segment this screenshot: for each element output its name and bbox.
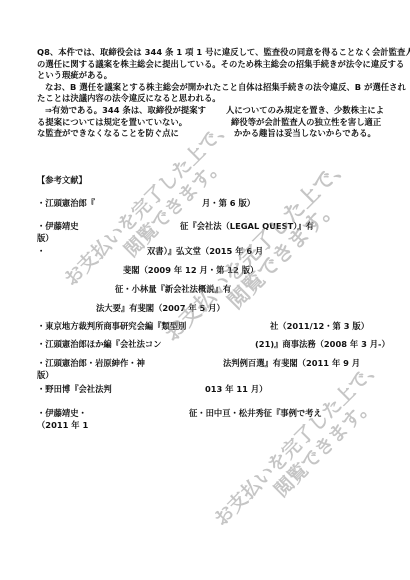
watermark-line: 閲覧できます。 <box>76 130 253 307</box>
reference-text: ・江頭憲治郎ほか編『会社法コン <box>37 339 161 350</box>
reference-text: 征『会社法（LEGAL QUEST）』有 <box>180 221 314 232</box>
text-segment: る提案については規定を置いていない。 <box>37 117 187 129</box>
reference-continuation: 版） <box>37 369 54 381</box>
answer-paragraph-3: ⇒有効である。344 条は、取締役が提案す 人についてのみ規定を置き、少数株主に… <box>37 105 373 140</box>
text-segment: かかる趣旨は妥当しないからである。 <box>234 128 376 140</box>
text-line: る提案については規定を置いていない。 締役等が会計監査人の独立性を害し適正 <box>37 117 373 129</box>
reference-item: ・ 双書）』弘文堂（2015 年 6 月 <box>37 246 377 257</box>
reference-continuation: （2011 年 1 <box>37 419 88 431</box>
watermark-line: お支払いを完了した上で、 <box>210 354 387 531</box>
reference-text: ・伊藤靖史・ <box>37 408 87 419</box>
text-segment: 人についてのみ規定を置き、少数株主によ <box>226 105 384 117</box>
reference-item: ・江頭憲治郎ほか編『会社法コン (21)』商事法務（2008 年 3 月-） <box>37 339 377 350</box>
answer-paragraph-1: Q8、本件では、取締役会は 344 条 1 項 1 号に違反して、監査役の同意を… <box>37 47 373 82</box>
reference-text: 征・小林量『新会社法概説』有 <box>115 284 231 295</box>
reference-item: ・東京地方裁判所商事研究会編『類型別 社（2011/12・第 3 版） <box>37 321 377 332</box>
reference-text: ・東京地方裁判所商事研究会編『類型別 <box>37 321 186 332</box>
reference-text: ・江頭憲治郎『 <box>37 198 95 209</box>
text-line: なお、B 選任を議案とする株主総会が開かれたこと自体は招集手続きの法令違反、B … <box>37 82 373 94</box>
payment-watermark: お支払いを完了した上で、 閲覧できます。 <box>60 114 252 306</box>
text-segment: 締役等が会計監査人の独立性を害し適正 <box>231 117 381 129</box>
reference-text: ・ <box>37 246 45 257</box>
reference-item: ・野田博『会社法判 013 年 11 月） <box>37 384 377 395</box>
reference-text: (21)』商事法務（2008 年 3 月-） <box>255 339 390 350</box>
reference-item: 征・小林量『新会社法概説』有 <box>37 284 377 295</box>
reference-text: ・江頭憲治郎・岩原紳作・神 <box>37 358 145 369</box>
reference-continuation: 版） <box>37 232 54 244</box>
text-segment: ⇒有効である。344 条は、取締役が提案す <box>45 105 206 117</box>
reference-text: ・野田博『会社法判 <box>37 384 112 395</box>
reference-item: ・江頭憲治郎・岩原紳作・神 法判例百選』有斐閣（2011 年 9 月 <box>37 358 377 369</box>
reference-text: ・伊藤靖史 <box>37 221 79 232</box>
text-line: たことは決議内容の法令違反になると思われる。 <box>37 93 373 105</box>
text-line: という瑕疵がある。 <box>37 70 373 82</box>
reference-item: 斐閣（2009 年 12 月・第 12 版） <box>37 265 377 276</box>
reference-text: 月・第 6 版） <box>202 198 255 209</box>
reference-item: ・江頭憲治郎『 月・第 6 版） <box>37 198 377 209</box>
watermark-line: 閲覧できます。 <box>226 370 403 547</box>
text-line: の選任に関する議案を株主総会に提出している。そのため株主総会の招集手続きが法令に… <box>37 59 373 71</box>
reference-text: 法大要』有斐閣（2007 年 5 月） <box>96 303 225 314</box>
text-segment: な監査ができなくなることを防ぐ点に <box>37 128 179 140</box>
reference-item: ・伊藤靖史 征『会社法（LEGAL QUEST）』有 <box>37 221 377 232</box>
reference-text: 法判例百選』有斐閣（2011 年 9 月 <box>223 358 360 369</box>
reference-text: 社（2011/12・第 3 版） <box>270 321 369 332</box>
reference-text: 双書）』弘文堂（2015 年 6 月 <box>147 246 263 257</box>
payment-watermark: お支払いを完了した上で、 閲覧できます。 <box>210 354 402 546</box>
reference-item: 法大要』有斐閣（2007 年 5 月） <box>37 303 377 314</box>
references-heading: 【参考文献】 <box>37 174 87 186</box>
document-page: Q8、本件では、取締役会は 344 条 1 項 1 号に違反して、監査役の同意を… <box>0 0 410 580</box>
text-line: ⇒有効である。344 条は、取締役が提案す 人についてのみ規定を置き、少数株主に… <box>37 105 373 117</box>
text-line: な監査ができなくなることを防ぐ点に かかる趣旨は妥当しないからである。 <box>37 128 373 140</box>
answer-paragraph-2: なお、B 選任を議案とする株主総会が開かれたこと自体は招集手続きの法令違反、B … <box>37 82 373 105</box>
reference-item: ・伊藤靖史・ 征・田中亘・松井秀征『事例で考え <box>37 408 377 419</box>
reference-text: 征・田中亘・松井秀征『事例で考え <box>189 408 322 419</box>
reference-text: 斐閣（2009 年 12 月・第 12 版） <box>123 265 258 276</box>
reference-text: 013 年 11 月） <box>205 384 267 395</box>
text-line: Q8、本件では、取締役会は 344 条 1 項 1 号に違反して、監査役の同意を… <box>37 47 373 59</box>
